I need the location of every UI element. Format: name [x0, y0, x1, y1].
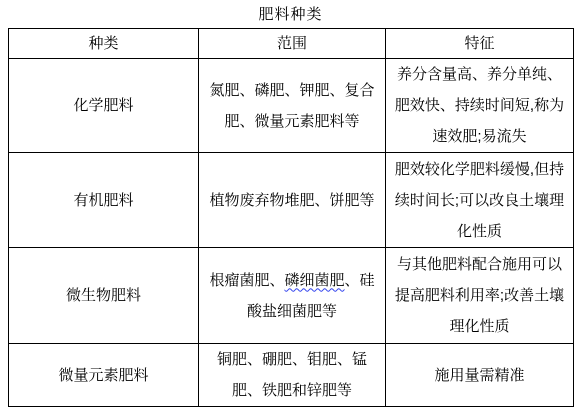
cell-feature: 施用量需精准	[386, 344, 574, 407]
cell-type: 化学肥料	[9, 59, 199, 153]
cell-feature: 肥效较化学肥料缓慢,但持续时间长;可以改良土壤理化性质	[386, 153, 574, 248]
cell-feature: 养分含量高、养分单纯、肥效快、持续时间短,称为速效肥;易流失	[386, 59, 574, 153]
cell-range: 植物废弃物堆肥、饼肥等	[199, 153, 386, 248]
fertilizer-table: 种类 范围 特征 化学肥料 氮肥、磷肥、钾肥、复合肥、微量元素肥料等 养分含量高…	[8, 28, 574, 407]
cell-type: 微量元素肥料	[9, 344, 199, 407]
table-row: 微量元素肥料 铜肥、硼肥、钼肥、锰肥、铁肥和锌肥等 施用量需精准	[9, 344, 574, 407]
table-row: 化学肥料 氮肥、磷肥、钾肥、复合肥、微量元素肥料等 养分含量高、养分单纯、肥效快…	[9, 59, 574, 153]
page-title: 肥料种类	[8, 6, 573, 23]
column-header-range: 范围	[199, 29, 386, 59]
header-row: 种类 范围 特征	[9, 29, 574, 59]
cell-range: 铜肥、硼肥、钼肥、锰肥、铁肥和锌肥等	[199, 344, 386, 407]
cell-range: 氮肥、磷肥、钾肥、复合肥、微量元素肥料等	[199, 59, 386, 153]
cell-range: 根瘤菌肥、磷细菌肥、硅酸盐细菌肥等	[199, 248, 386, 344]
table-row: 微生物肥料 根瘤菌肥、磷细菌肥、硅酸盐细菌肥等 与其他肥料配合施用可以提高肥料利…	[9, 248, 574, 344]
cell-feature: 与其他肥料配合施用可以提高肥料利用率;改善土壤理化性质	[386, 248, 574, 344]
range-text-segment: 根瘤菌肥、	[209, 272, 284, 289]
spellcheck-underlined-text: 磷细菌肥	[284, 272, 344, 289]
cell-type: 微生物肥料	[9, 248, 199, 344]
cell-type: 有机肥料	[9, 153, 199, 248]
column-header-feature: 特征	[386, 29, 574, 59]
column-header-type: 种类	[9, 29, 199, 59]
table-row: 有机肥料 植物废弃物堆肥、饼肥等 肥效较化学肥料缓慢,但持续时间长;可以改良土壤…	[9, 153, 574, 248]
